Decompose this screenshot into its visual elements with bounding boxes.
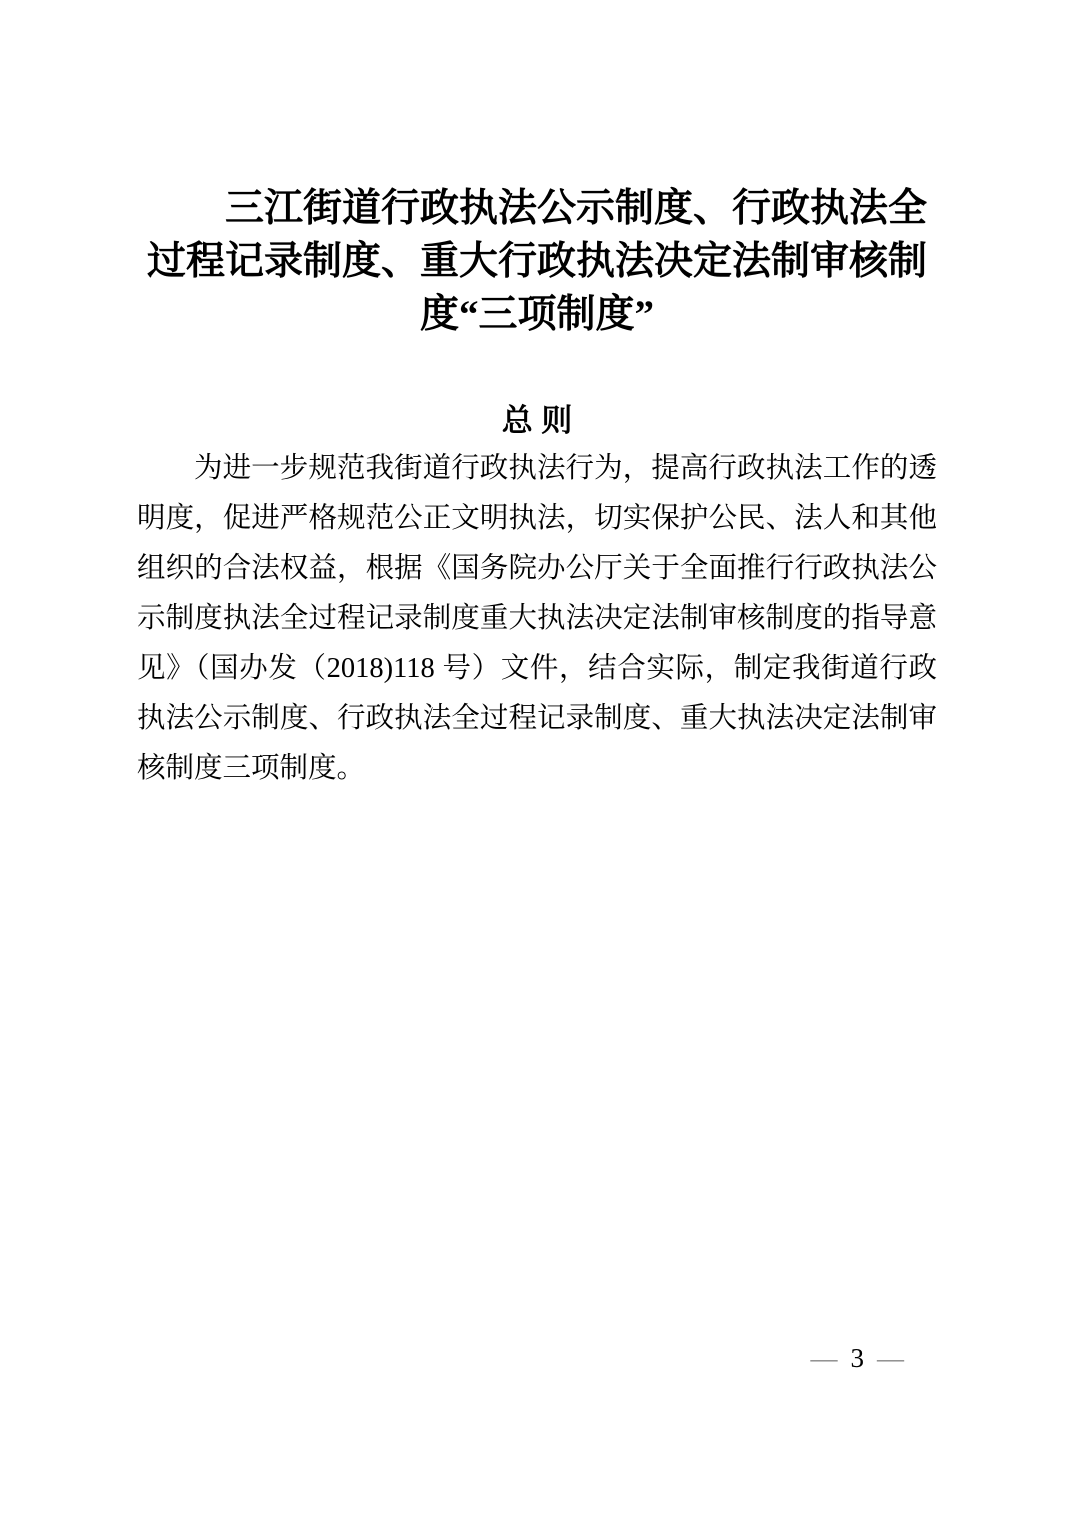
document-title: 三江街道行政执法公示制度、行政执法全过程记录制度、重大行政执法决定法制审核制度“… [137, 182, 937, 341]
page-number: 3 [851, 1340, 865, 1376]
footer-dash-right: — [877, 1340, 904, 1376]
section-heading: 总 则 [137, 403, 937, 439]
body-paragraph: 为进一步规范我街道行政执法行为，提高行政执法工作的透明度，促进严格规范公正文明执… [137, 444, 937, 794]
footer-dash-left: — [811, 1340, 838, 1376]
page-footer: — 3 — [811, 1340, 905, 1376]
document-page: 三江街道行政执法公示制度、行政执法全过程记录制度、重大行政执法决定法制审核制度“… [0, 0, 1074, 1520]
